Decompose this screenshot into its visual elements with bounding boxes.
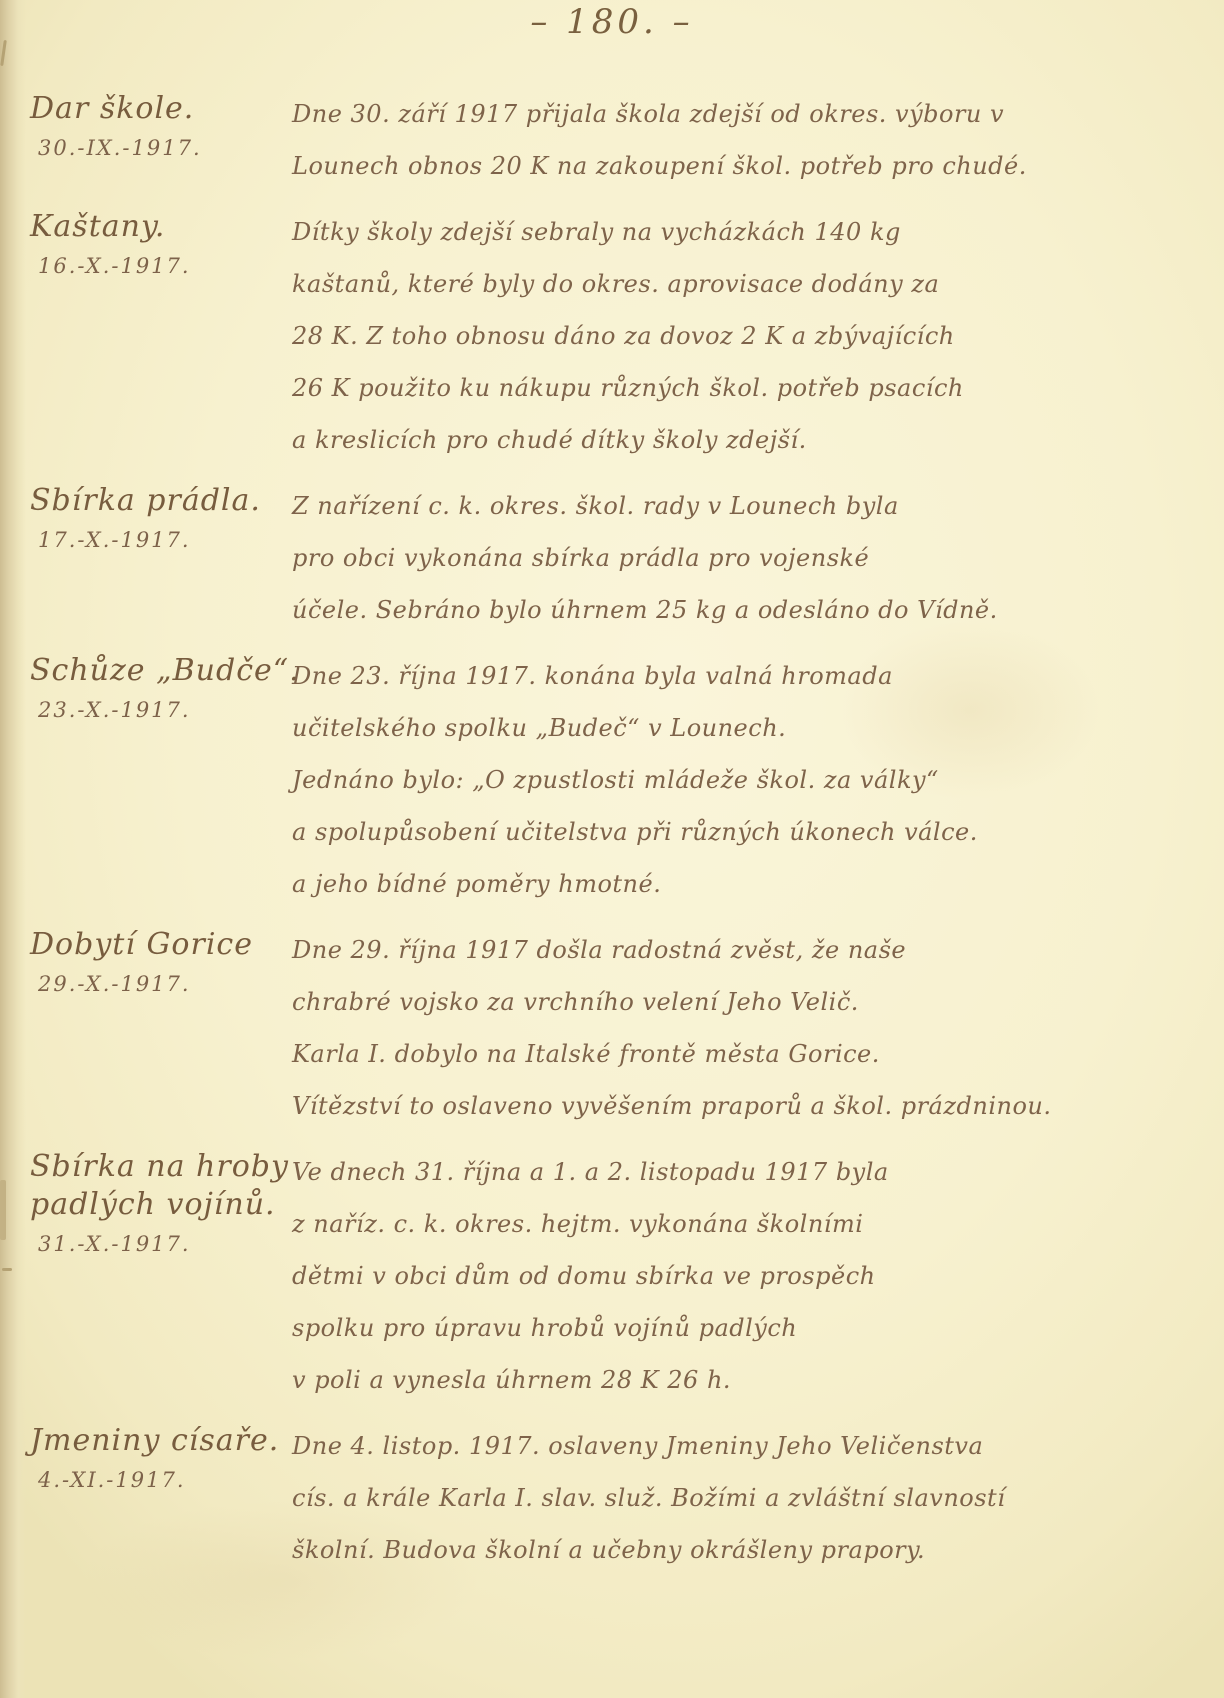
chronicle-entry: Jmeniny císaře. 4.-XI.-1917. Dne 4. list…: [30, 1420, 1200, 1576]
entry-heading-line: Sbírka na hroby: [30, 1148, 292, 1186]
entry-heading: Sbírka prádla.: [30, 482, 292, 520]
entry-date: 17.-X.-1917.: [30, 528, 292, 552]
entry-margin: Jmeniny císaře. 4.-XI.-1917.: [30, 1420, 292, 1492]
chronicle-entry: Dar škole. 30.-IX.-1917. Dne 30. září 19…: [30, 88, 1200, 192]
entry-body-line: Dne 29. října 1917 došla radostná zvěst,…: [292, 924, 1200, 976]
entry-body-text: Dne 30. září 1917 přijala škola zdejší o…: [292, 88, 1200, 192]
page-number: – 180. –: [0, 2, 1224, 42]
chronicle-entry: Kaštany. 16.-X.-1917. Dítky školy zdejší…: [30, 206, 1200, 466]
entry-heading-line: Sbírka prádla.: [30, 482, 292, 520]
entry-body-line: Vítězství to oslaveno vyvěšením praporů …: [292, 1080, 1200, 1132]
chronicle-entry: Dobytí Gorice 29.-X.-1917. Dne 29. října…: [30, 924, 1200, 1132]
entry-body-line: školní. Budova školní a učebny okrášleny…: [292, 1524, 1200, 1576]
entry-body-line: pro obci vykonána sbírka prádla pro voje…: [292, 532, 1200, 584]
entry-body-line: cís. a krále Karla I. slav. služ. Božími…: [292, 1472, 1200, 1524]
entry-heading: Sbírka na hrobypadlých vojínů.: [30, 1148, 292, 1224]
entry-margin: Sbírka prádla. 17.-X.-1917.: [30, 480, 292, 552]
entry-heading: Kaštany.: [30, 208, 292, 246]
entry-body-text: Dítky školy zdejší sebraly na vycházkách…: [292, 206, 1200, 466]
entry-heading: Dobytí Gorice: [30, 926, 292, 964]
book-binding-edge: [0, 0, 26, 1698]
entry-body-line: Ve dnech 31. října a 1. a 2. listopadu 1…: [292, 1146, 1200, 1198]
entry-body-line: Z nařízení c. k. okres. škol. rady v Lou…: [292, 480, 1200, 532]
entry-margin: Sbírka na hrobypadlých vojínů. 31.-X.-19…: [30, 1146, 292, 1256]
entry-date: 29.-X.-1917.: [30, 972, 292, 996]
entry-body-line: Dne 4. listop. 1917. oslaveny Jmeniny Je…: [292, 1420, 1200, 1472]
entry-body-line: kaštanů, které byly do okres. aprovisace…: [292, 258, 1200, 310]
entry-body-line: učitelského spolku „Budeč“ v Lounech.: [292, 702, 1200, 754]
entry-body-text: Dne 29. října 1917 došla radostná zvěst,…: [292, 924, 1200, 1132]
entry-body-line: chrabré vojsko za vrchního velení Jeho V…: [292, 976, 1200, 1028]
entry-body-line: v poli a vynesla úhrnem 28 K 26 h.: [292, 1354, 1200, 1406]
chronicle-entry: Sbírka prádla. 17.-X.-1917. Z nařízení c…: [30, 480, 1200, 636]
entry-body-line: Dne 30. září 1917 přijala škola zdejší o…: [292, 88, 1200, 140]
entry-margin: Schůze „Budče“. 23.-X.-1917.: [30, 650, 292, 722]
entry-body-line: 28 K. Z toho obnosu dáno za dovoz 2 K a …: [292, 310, 1200, 362]
entry-body-line: a kreslicích pro chudé dítky školy zdejš…: [292, 414, 1200, 466]
entry-heading: Schůze „Budče“.: [30, 652, 292, 690]
entry-body-line: Dítky školy zdejší sebraly na vycházkách…: [292, 206, 1200, 258]
entry-date: 31.-X.-1917.: [30, 1232, 292, 1256]
entry-heading-line: Jmeniny císaře.: [30, 1422, 292, 1460]
chronicle-entries: Dar škole. 30.-IX.-1917. Dne 30. září 19…: [30, 88, 1200, 1590]
entry-body-line: 26 K použito ku nákupu různých škol. pot…: [292, 362, 1200, 414]
entry-date: 4.-XI.-1917.: [30, 1468, 292, 1492]
page-edge-mark: [2, 1268, 12, 1271]
entry-body-text: Dne 23. října 1917. konána byla valná hr…: [292, 650, 1200, 910]
entry-body-line: Dne 23. října 1917. konána byla valná hr…: [292, 650, 1200, 702]
entry-date: 23.-X.-1917.: [30, 698, 292, 722]
page-edge-mark: [0, 40, 7, 66]
entry-heading-line: Dar škole.: [30, 90, 292, 128]
entry-date: 16.-X.-1917.: [30, 254, 292, 278]
entry-date: 30.-IX.-1917.: [30, 136, 292, 160]
entry-body-line: účele. Sebráno bylo úhrnem 25 kg a odesl…: [292, 584, 1200, 636]
entry-heading-line: Schůze „Budče“.: [30, 652, 292, 690]
entry-body-line: z naříz. c. k. okres. hejtm. vykonána šk…: [292, 1198, 1200, 1250]
entry-body-text: Z nařízení c. k. okres. škol. rady v Lou…: [292, 480, 1200, 636]
entry-body-line: a spolupůsobení učitelstva při různých ú…: [292, 806, 1200, 858]
entry-body-text: Dne 4. listop. 1917. oslaveny Jmeniny Je…: [292, 1420, 1200, 1576]
entry-heading-line: padlých vojínů.: [30, 1186, 292, 1224]
entry-heading: Jmeniny císaře.: [30, 1422, 292, 1460]
entry-heading-line: Dobytí Gorice: [30, 926, 292, 964]
manuscript-page: – 180. – Dar škole. 30.-IX.-1917. Dne 30…: [0, 0, 1224, 1698]
chronicle-entry: Sbírka na hrobypadlých vojínů. 31.-X.-19…: [30, 1146, 1200, 1406]
entry-body-text: Ve dnech 31. října a 1. a 2. listopadu 1…: [292, 1146, 1200, 1406]
entry-body-line: Lounech obnos 20 K na zakoupení škol. po…: [292, 140, 1200, 192]
entry-margin: Kaštany. 16.-X.-1917.: [30, 206, 292, 278]
entry-body-line: a jeho bídné poměry hmotné.: [292, 858, 1200, 910]
entry-body-line: dětmi v obci dům od domu sbírka ve prosp…: [292, 1250, 1200, 1302]
entry-heading: Dar škole.: [30, 90, 292, 128]
entry-body-line: spolku pro úpravu hrobů vojínů padlých: [292, 1302, 1200, 1354]
entry-body-line: Karla I. dobylo na Italské frontě města …: [292, 1028, 1200, 1080]
chronicle-entry: Schůze „Budče“. 23.-X.-1917. Dne 23. říj…: [30, 650, 1200, 910]
entry-body-line: Jednáno bylo: „O zpustlosti mládeže škol…: [292, 754, 1200, 806]
page-edge-mark: [0, 1180, 6, 1240]
entry-margin: Dobytí Gorice 29.-X.-1917.: [30, 924, 292, 996]
entry-margin: Dar škole. 30.-IX.-1917.: [30, 88, 292, 160]
entry-heading-line: Kaštany.: [30, 208, 292, 246]
